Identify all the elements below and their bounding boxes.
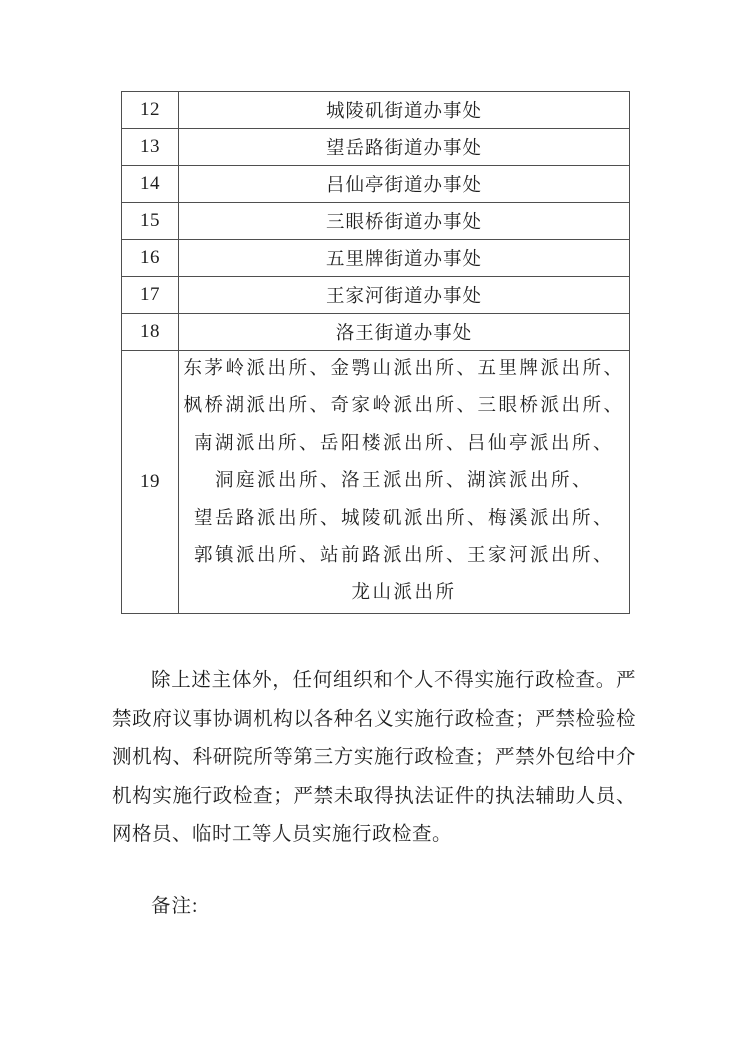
table-row: 13 望岳路街道办事处 xyxy=(122,129,630,166)
police-stations-line: 枫桥湖派出所、奇家岭派出所、三眼桥派出所、 xyxy=(179,388,629,425)
table-row: 12 城陵矶街道办事处 xyxy=(122,92,630,129)
row-number: 14 xyxy=(122,166,179,203)
units-table: 12 城陵矶街道办事处 13 望岳路街道办事处 14 吕仙亭街道办事处 15 三… xyxy=(121,91,630,614)
units-table-body: 12 城陵矶街道办事处 13 望岳路街道办事处 14 吕仙亭街道办事处 15 三… xyxy=(122,92,630,614)
row-number: 13 xyxy=(122,129,179,166)
table-row: 18 洛王街道办事处 xyxy=(122,314,630,351)
table-row: 15 三眼桥街道办事处 xyxy=(122,203,630,240)
row-number: 15 xyxy=(122,203,179,240)
row-number: 18 xyxy=(122,314,179,351)
row-number: 16 xyxy=(122,240,179,277)
row-number: 19 xyxy=(122,351,179,614)
table-row: 14 吕仙亭街道办事处 xyxy=(122,166,630,203)
row-police-stations: 东茅岭派出所、金鹗山派出所、五里牌派出所、 枫桥湖派出所、奇家岭派出所、三眼桥派… xyxy=(179,351,630,614)
police-stations-line: 郭镇派出所、站前路派出所、王家河派出所、 xyxy=(179,538,629,575)
row-number: 12 xyxy=(122,92,179,129)
police-stations-line: 龙山派出所 xyxy=(179,575,629,612)
row-unit-name: 吕仙亭街道办事处 xyxy=(179,166,630,203)
row-unit-name: 三眼桥街道办事处 xyxy=(179,203,630,240)
table-row: 16 五里牌街道办事处 xyxy=(122,240,630,277)
police-stations-line: 洞庭派出所、洛王派出所、湖滨派出所、 xyxy=(179,463,629,500)
police-stations-line: 东茅岭派出所、金鹗山派出所、五里牌派出所、 xyxy=(179,351,629,388)
row-unit-name: 洛王街道办事处 xyxy=(179,314,630,351)
document-page: 12 城陵矶街道办事处 13 望岳路街道办事处 14 吕仙亭街道办事处 15 三… xyxy=(0,0,750,1061)
remark-label: 备注: xyxy=(112,888,636,927)
row-unit-name: 王家河街道办事处 xyxy=(179,277,630,314)
table-row: 17 王家河街道办事处 xyxy=(122,277,630,314)
table-row-police-stations: 19 东茅岭派出所、金鹗山派出所、五里牌派出所、 枫桥湖派出所、奇家岭派出所、三… xyxy=(122,351,630,614)
police-stations-line: 南湖派出所、岳阳楼派出所、吕仙亭派出所、 xyxy=(179,426,629,463)
row-unit-name: 望岳路街道办事处 xyxy=(179,129,630,166)
row-unit-name: 城陵矶街道办事处 xyxy=(179,92,630,129)
body-paragraph: 除上述主体外，任何组织和个人不得实施行政检查。严禁政府议事协调机构以各种名义实施… xyxy=(112,662,636,855)
row-number: 17 xyxy=(122,277,179,314)
police-stations-line: 望岳路派出所、城陵矶派出所、梅溪派出所、 xyxy=(179,501,629,538)
row-unit-name: 五里牌街道办事处 xyxy=(179,240,630,277)
